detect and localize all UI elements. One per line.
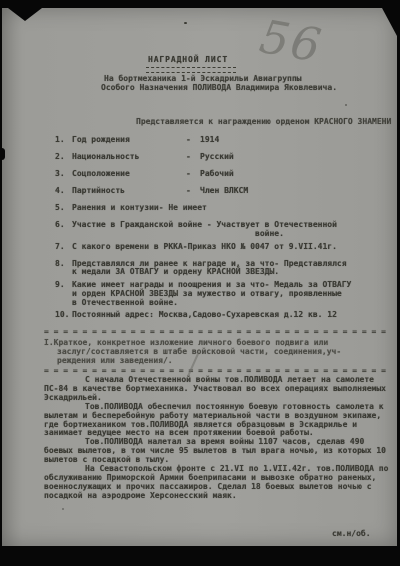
- field-number: 9.: [55, 281, 72, 307]
- document-title: НАГРАДНОЙ ЛИСТ: [148, 55, 228, 64]
- field-row-8: 8.Представлялся ли ранее к награде и, за…: [55, 260, 391, 278]
- subject-line-1: На бортмеханика 1-й Эскадрильи Авиагрупп…: [104, 74, 301, 83]
- title-underline: [146, 67, 236, 73]
- field-number: 4.: [55, 187, 72, 196]
- section-heading-line: реждения или заведения/.: [57, 356, 341, 365]
- field-row-10: 10.Постоянный адрес: Москва,Садово-Сухар…: [55, 311, 391, 320]
- field-line: С какого времени в РККА-Приказ НКО № 004…: [72, 243, 391, 252]
- field-text: Какие имеет награды и поощрения и за что…: [72, 281, 391, 307]
- body-paragraph: С начала Отечественной войны тов.ПОЛИВОД…: [44, 376, 397, 403]
- field-text: Национальность-Русский: [72, 153, 391, 162]
- field-row-3: 3.Соцположение-Рабочий: [55, 170, 391, 179]
- field-number: 6.: [55, 221, 72, 239]
- award-statement: Представляется к награждению орденом КРА…: [136, 117, 391, 126]
- divider-line-1: = = = = = = = = = = = = = = = = = = = = …: [44, 327, 394, 336]
- section-heading-line: заслуг/составляется в штабе войсковой ча…: [57, 347, 341, 356]
- field-line: в Отечественной войне.: [72, 299, 391, 308]
- field-separator: -: [186, 187, 200, 196]
- field-value: Рабочий: [200, 169, 234, 178]
- field-text: Представлялся ли ранее к награде и, за ч…: [72, 260, 391, 278]
- subject-line-2: Особого Назначения ПОЛИВОДА Владимира Як…: [101, 83, 337, 92]
- field-row-9: 9.Какие имеет награды и поощрения и за ч…: [55, 281, 391, 307]
- fields-list: 1.Год рождения-19142.Национальность-Русс…: [55, 136, 391, 328]
- field-text: Ранения и контузии- Не имеет: [72, 204, 391, 213]
- field-row-5: 5.Ранения и контузии- Не имеет: [55, 204, 391, 213]
- field-number: 7.: [55, 243, 72, 252]
- field-text: Год рождения-1914: [72, 136, 391, 145]
- body-paragraph: Тов.ПОЛИВОДА налетал за время войны 1107…: [44, 438, 397, 465]
- ink-speck: [62, 508, 64, 510]
- scan-notch-icon: [8, 8, 42, 21]
- scan-edge-mark: [2, 148, 5, 160]
- body-paragraph: На Севастопольском фронте с 21.VI по 1.V…: [44, 465, 397, 501]
- field-separator: -: [186, 170, 200, 179]
- scan-corner-shadow: [382, 8, 397, 36]
- paper: 56 НАГРАДНОЙ ЛИСТ На бортмеханика 1-й Эс…: [2, 8, 397, 546]
- field-text: Постоянный адрес: Москва,Садово-Сухаревс…: [72, 311, 391, 320]
- field-value: Русский: [200, 152, 234, 161]
- field-label: Год рождения: [72, 136, 186, 145]
- document-scan: 56 НАГРАДНОЙ ЛИСТ На бортмеханика 1-й Эс…: [0, 0, 400, 566]
- section-heading-line: I.Краткое, конкретное изложение личного …: [44, 338, 341, 347]
- field-row-4: 4.Партийность-Член ВЛКСМ: [55, 187, 391, 196]
- field-value: 1914: [200, 135, 219, 144]
- field-number: 3.: [55, 170, 72, 179]
- field-row-6: 6.Участие в Гражданской войне - Участвуе…: [55, 221, 391, 239]
- field-number: 5.: [55, 204, 72, 213]
- field-line: Постоянный адрес: Москва,Садово-Сухаревс…: [72, 311, 391, 320]
- field-text: С какого времени в РККА-Приказ НКО № 004…: [72, 243, 391, 252]
- field-number: 1.: [55, 136, 72, 145]
- citation-paragraphs: С начала Отечественной войны тов.ПОЛИВОД…: [44, 376, 397, 501]
- field-line: войне.: [255, 230, 391, 239]
- field-label: Национальность: [72, 153, 186, 162]
- body-paragraph: Тов.ПОЛИВОДА обеспечил постоянную боевую…: [44, 403, 397, 439]
- field-separator: -: [186, 136, 200, 145]
- field-number: 10.: [55, 311, 72, 320]
- field-number: 2.: [55, 153, 72, 162]
- field-line: к медали ЗА ОТВАГУ и ордену КРАСНОЙ ЗВЕЗ…: [72, 268, 391, 277]
- field-row-2: 2.Национальность-Русский: [55, 153, 391, 162]
- field-line: Ранения и контузии- Не имеет: [72, 204, 391, 213]
- field-label: Соцположение: [72, 170, 186, 179]
- field-label: Партийность: [72, 187, 186, 196]
- field-row-7: 7.С какого времени в РККА-Приказ НКО № 0…: [55, 243, 391, 252]
- divider-line-2: = = = = = = = = = = = = = = = = = = = = …: [44, 366, 394, 375]
- field-text: Соцположение-Рабочий: [72, 170, 391, 179]
- field-line: Участие в Гражданской войне - Участвует …: [72, 221, 391, 230]
- ink-speck: [184, 22, 187, 24]
- handwritten-page-number: 56: [256, 9, 327, 73]
- field-number: 8.: [55, 260, 72, 278]
- field-text: Участие в Гражданской войне - Участвует …: [72, 221, 391, 239]
- field-value: Член ВЛКСМ: [200, 186, 248, 195]
- see-reverse-note: см.н/об.: [332, 529, 371, 538]
- field-text: Партийность-Член ВЛКСМ: [72, 187, 391, 196]
- field-separator: -: [186, 153, 200, 162]
- ink-speck: [345, 104, 347, 106]
- field-row-1: 1.Год рождения-1914: [55, 136, 391, 145]
